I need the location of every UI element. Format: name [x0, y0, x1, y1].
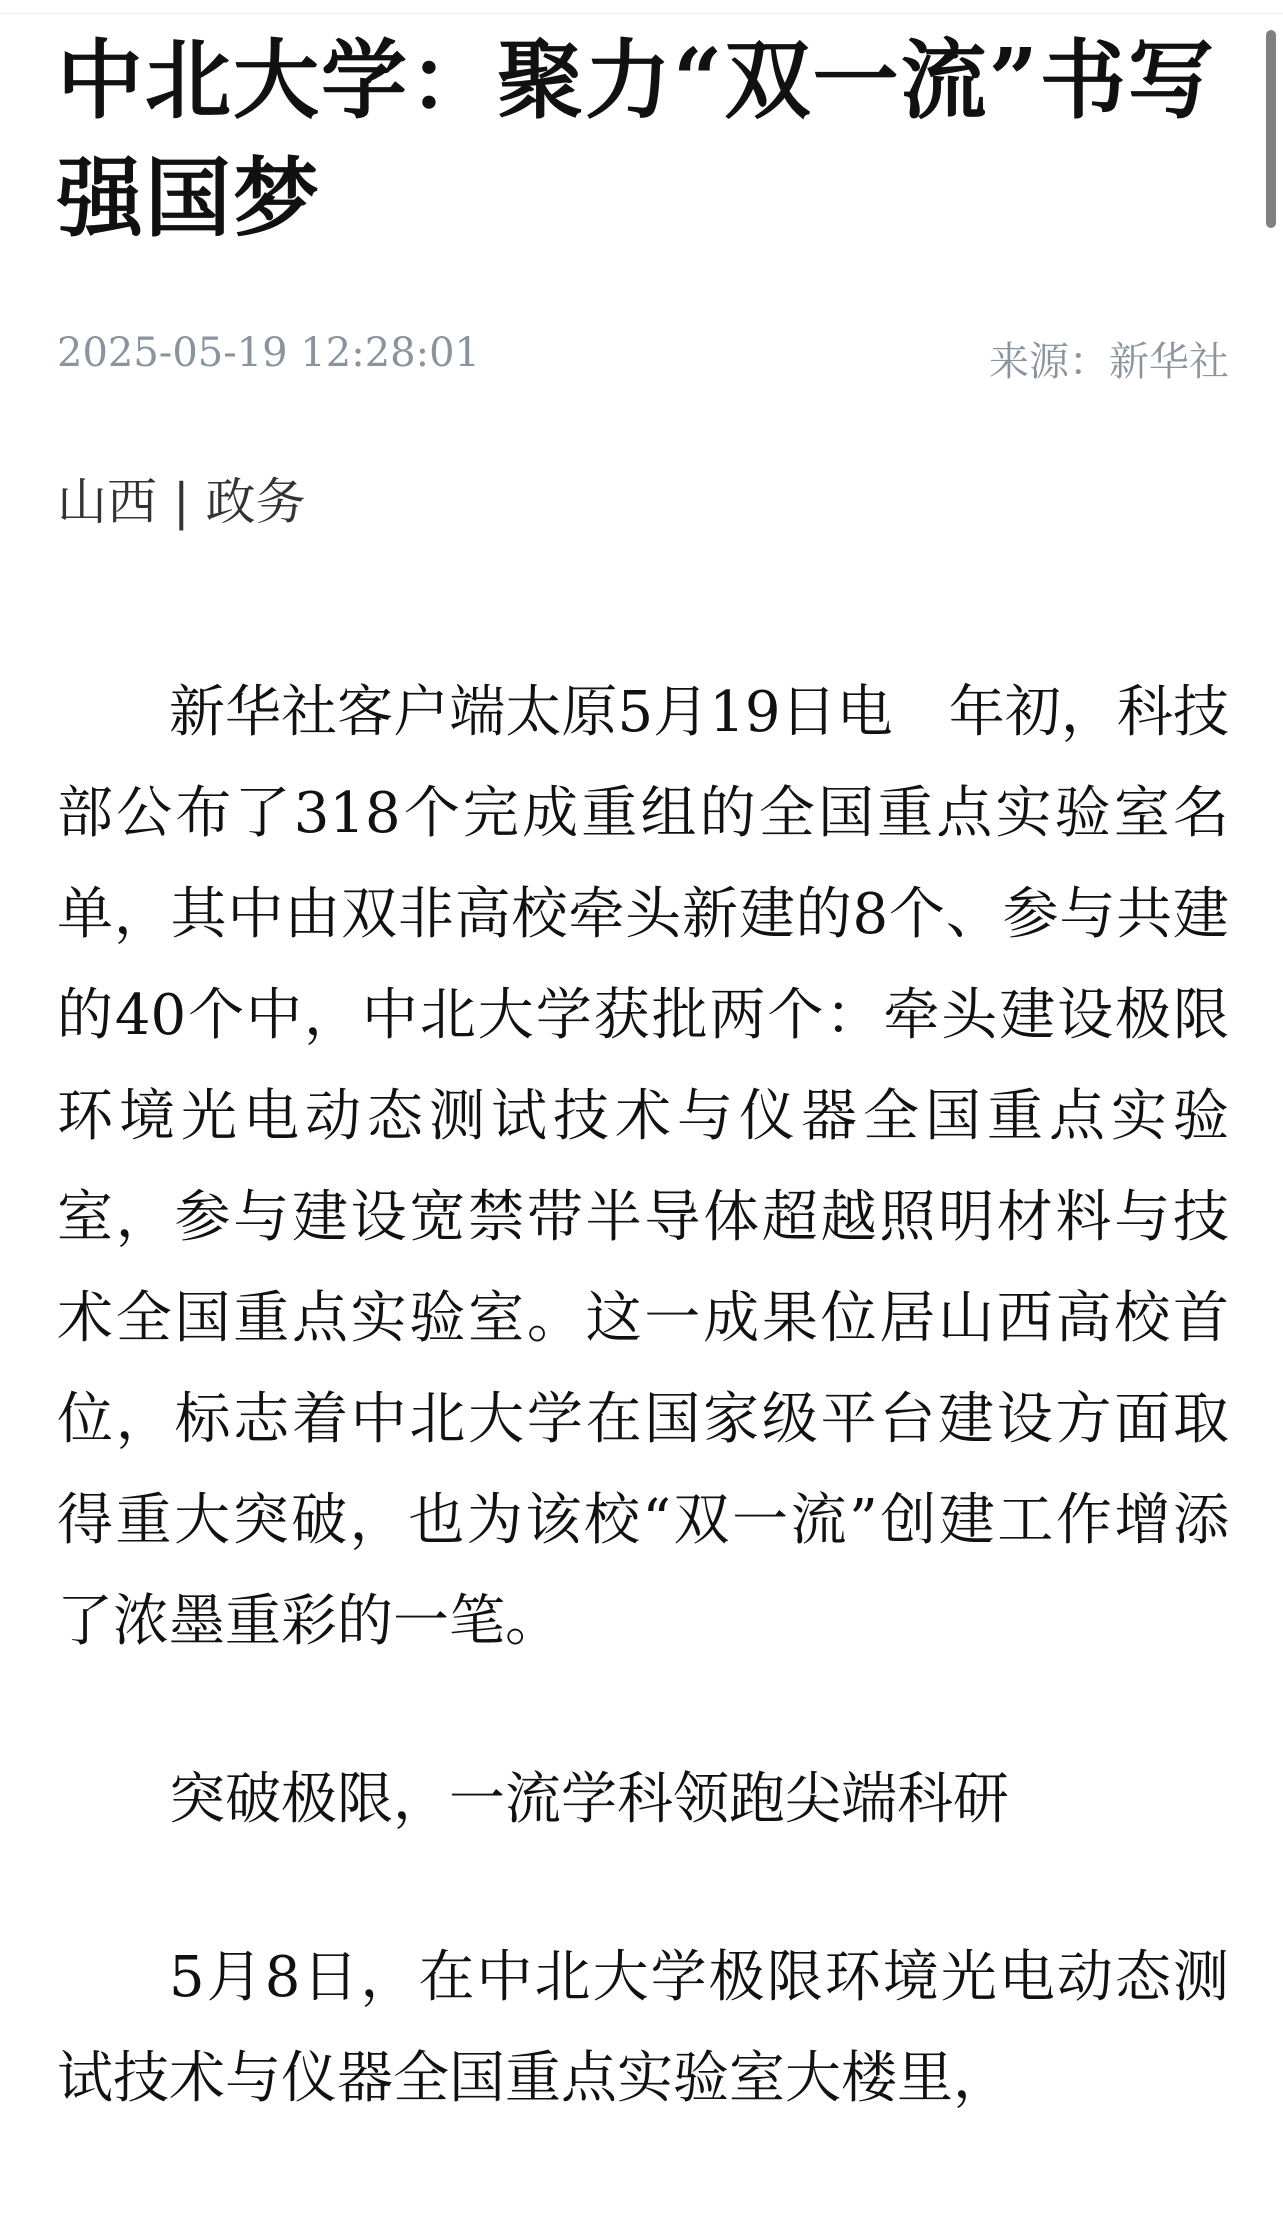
- article-tags: 山西 | 政务: [57, 462, 306, 534]
- article-body: 新华社客户端太原5月19日电 年初，科技部公布了318个完成重组的全国重点实验室…: [57, 662, 1229, 2129]
- paragraph: 新华社客户端太原5月19日电 年初，科技部公布了318个完成重组的全国重点实验室…: [57, 662, 1229, 1672]
- top-divider: [0, 13, 1283, 14]
- article-title: 中北大学：聚力“双一流”书写强国梦: [57, 22, 1229, 258]
- article-meta: 2025-05-19 12:28:01 来源：新华社: [57, 330, 1229, 380]
- article-source: 来源：新华社: [989, 330, 1229, 387]
- publish-date: 2025-05-19 12:28:01: [57, 330, 480, 376]
- paragraph: 5月8日，在中北大学极限环境光电动态测试技术与仪器全国重点实验室大楼里，: [57, 1927, 1229, 2129]
- scrollbar-thumb[interactable]: [1266, 30, 1276, 228]
- section-heading: 突破极限，一流学科领跑尖端科研: [57, 1749, 1229, 1850]
